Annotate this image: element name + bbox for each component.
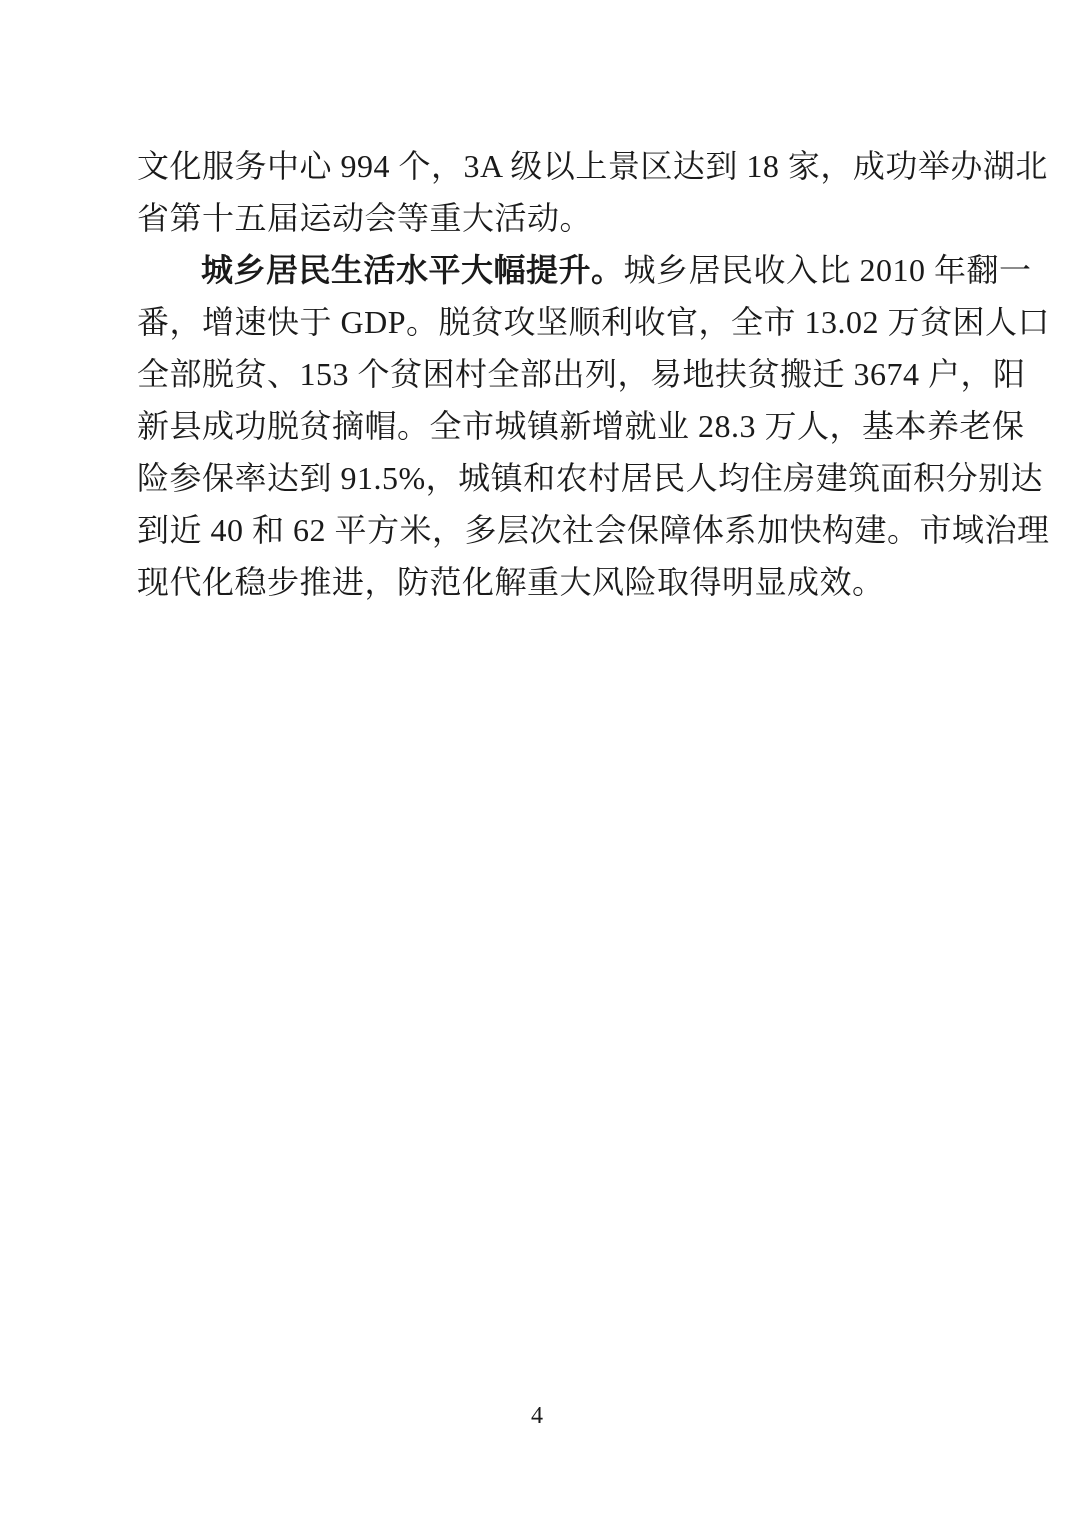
paragraph-2-line-5: 险参保率达到 91.5%，城镇和农村居民人均住房建筑面积分别达: [137, 452, 943, 504]
body-text: 险参保率达到 91.5%，城镇和农村居民人均住房建筑面积分别达: [137, 460, 1043, 496]
document-page: 文化服务中心 994 个，3A 级以上景区达到 18 家，成功举办湖北省第十五届…: [0, 0, 1074, 1520]
paragraph-2-line-4: 新县成功脱贫摘帽。全市城镇新增就业 28.3 万人，基本养老保: [137, 400, 943, 452]
paragraph-2-line-1: 城乡居民生活水平大幅提升。城乡居民收入比 2010 年翻一: [137, 244, 943, 296]
page-number: 4: [0, 1402, 1074, 1430]
body-text: 文化服务中心 994 个，3A 级以上景区达到 18 家，成功举办湖北: [137, 148, 1048, 184]
body-text: 城乡居民收入比 2010 年翻一: [624, 252, 1032, 288]
paragraph-2-line-2: 番，增速快于 GDP。脱贫攻坚顺利收官，全市 13.02 万贫困人口: [137, 296, 943, 348]
emphasis-lead-text: 城乡居民生活水平大幅提升。: [201, 252, 624, 288]
paragraph-1-line-2: 省第十五届运动会等重大活动。: [137, 192, 943, 244]
paragraph-2-line-3: 全部脱贫、153 个贫困村全部出列，易地扶贫搬迁 3674 户，阳: [137, 348, 943, 400]
paragraph-1-line-1: 文化服务中心 994 个，3A 级以上景区达到 18 家，成功举办湖北: [137, 140, 943, 192]
body-text: 番，增速快于 GDP。脱贫攻坚顺利收官，全市 13.02 万贫困人口: [137, 304, 1050, 340]
body-text: 现代化稳步推进，防范化解重大风险取得明显成效。: [137, 564, 885, 600]
body-text: 到近 40 和 62 平方米，多层次社会保障体系加快构建。市域治理: [137, 512, 1050, 548]
body-text: 省第十五届运动会等重大活动。: [137, 200, 592, 236]
document-body: 文化服务中心 994 个，3A 级以上景区达到 18 家，成功举办湖北省第十五届…: [137, 140, 943, 608]
body-text: 全部脱贫、153 个贫困村全部出列，易地扶贫搬迁 3674 户，阳: [137, 356, 1026, 392]
paragraph-2-line-6: 到近 40 和 62 平方米，多层次社会保障体系加快构建。市域治理: [137, 504, 943, 556]
body-text: 新县成功脱贫摘帽。全市城镇新增就业 28.3 万人，基本养老保: [137, 408, 1025, 444]
paragraph-2-line-7: 现代化稳步推进，防范化解重大风险取得明显成效。: [137, 556, 943, 608]
